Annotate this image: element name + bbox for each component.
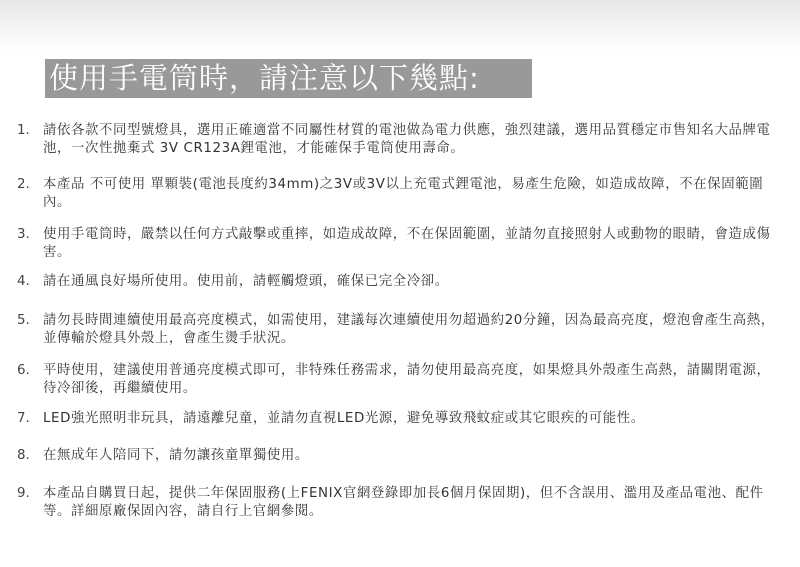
list-item: 3. 使用手電筒時，嚴禁以任何方式敲擊或重摔，如造成故障，不在保固範圍，並請勿直… <box>17 226 777 262</box>
page-title: 使用手電筒時，請注意以下幾點: <box>49 61 480 95</box>
item-number: 9. <box>17 485 41 503</box>
list-item: 4. 請在通風良好場所使用。使用前，請輕觸燈頭，確保已完全冷卻。 <box>17 273 777 291</box>
item-number: 8. <box>17 447 41 465</box>
item-number: 7. <box>17 410 41 428</box>
list-item: 2. 本產品 不可使用 單顆裝(電池長度約34mm)之3V或3V以上充電式鋰電池… <box>17 176 777 212</box>
item-number: 5. <box>17 312 41 330</box>
list-item: 1. 請依各款不同型號燈具，選用正確適當不同屬性材質的電池做為電力供應，強烈建議… <box>17 122 777 158</box>
item-number: 1. <box>17 122 41 140</box>
item-text: 使用手電筒時，嚴禁以任何方式敲擊或重摔，如造成故障，不在保固範圍，並請勿直接照射… <box>43 226 778 262</box>
item-text: 本產品自購買日起，提供二年保固服務(上FENIX官網登錄即加長6個月保固期)，但… <box>43 485 778 521</box>
title-banner: 使用手電筒時，請注意以下幾點: <box>45 59 532 98</box>
list-item: 7. LED強光照明非玩具，請遠離兒童，並請勿直視LED光源，避免導致飛蚊症或其… <box>17 410 777 428</box>
item-text: 平時使用，建議使用普通亮度模式即可，非特殊任務需求，請勿使用最高亮度，如果燈具外… <box>43 362 778 398</box>
item-text: 本產品 不可使用 單顆裝(電池長度約34mm)之3V或3V以上充電式鋰電池，易產… <box>43 176 778 212</box>
item-text: 在無成年人陪同下，請勿讓孩童單獨使用。 <box>43 447 778 465</box>
list-item: 6. 平時使用，建議使用普通亮度模式即可，非特殊任務需求，請勿使用最高亮度，如果… <box>17 362 777 398</box>
list-item: 8. 在無成年人陪同下，請勿讓孩童單獨使用。 <box>17 447 777 465</box>
item-number: 3. <box>17 226 41 244</box>
list-item: 9. 本產品自購買日起，提供二年保固服務(上FENIX官網登錄即加長6個月保固期… <box>17 485 777 521</box>
item-text: 請依各款不同型號燈具，選用正確適當不同屬性材質的電池做為電力供應，強烈建議，選用… <box>43 122 778 158</box>
item-number: 4. <box>17 273 41 291</box>
item-number: 2. <box>17 176 41 194</box>
list-item: 5. 請勿長時間連續使用最高亮度模式，如需使用，建議每次連續使用勿超過約20分鐘… <box>17 312 777 348</box>
item-text: 請勿長時間連續使用最高亮度模式，如需使用，建議每次連續使用勿超過約20分鐘，因為… <box>43 312 778 348</box>
item-text: LED強光照明非玩具，請遠離兒童，並請勿直視LED光源，避免導致飛蚊症或其它眼疾… <box>43 410 778 428</box>
item-number: 6. <box>17 362 41 380</box>
item-text: 請在通風良好場所使用。使用前，請輕觸燈頭，確保已完全冷卻。 <box>43 273 778 291</box>
